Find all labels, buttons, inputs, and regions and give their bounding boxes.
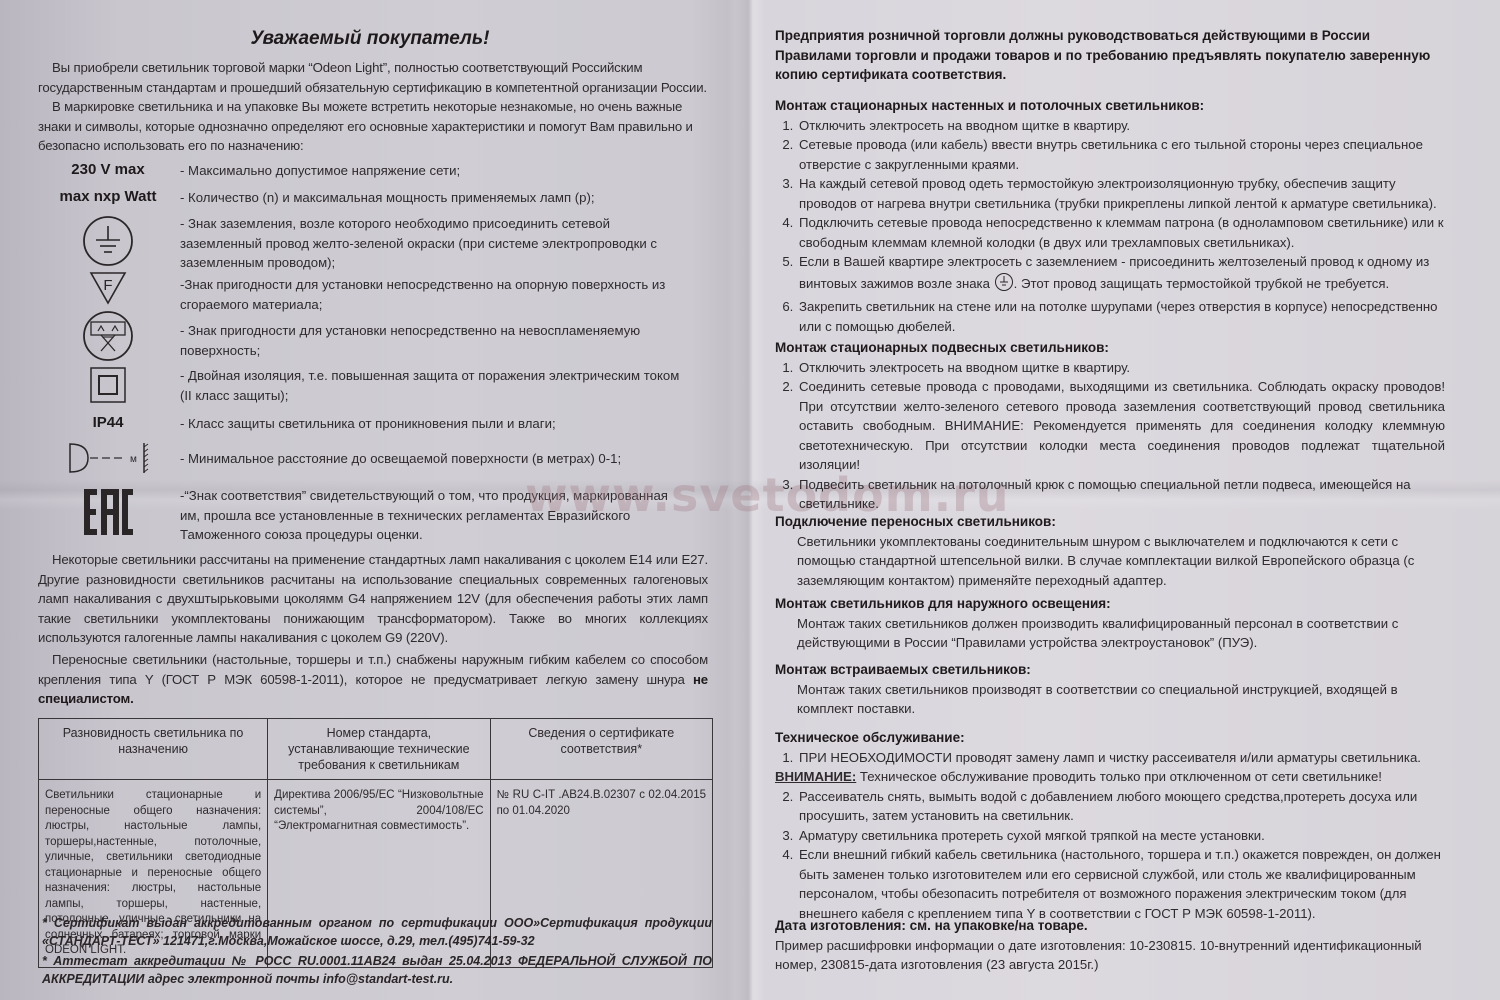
section-heading: Монтаж встраиваемых светильников: [775,660,1445,680]
list-item: Отключить электросеть на вводном щитке в… [797,116,1445,136]
section-heading: Монтаж стационарных подвесных светильник… [775,338,1445,358]
section-text: Светильники укомплектованы соединительны… [775,532,1445,591]
section-text: Монтаж таких светильников должен произво… [775,614,1445,653]
non-flammable-desc: - Знак пригодности для установки непосре… [180,321,690,360]
ip-rating-label: IP44 [38,414,178,431]
double-insulation-icon [38,366,178,404]
table-header: Номер стандарта, устанавливающие техниче… [268,719,490,780]
list-item: Подключить сетевые провода непосредствен… [797,213,1445,252]
voltage-label: 230 V max [38,161,178,178]
table-header: Разновидность светильника по назначению [39,719,268,780]
svg-text:F: F [103,277,112,294]
portable-paragraph: Переносные светильники (настольные, торш… [38,650,708,709]
list-item: Если в Вашей квартире электросеть с зазе… [797,252,1445,297]
table-header-row: Разновидность светильника по назначению … [39,719,713,780]
list-item: Арматуру светильника протереть сухой мяг… [797,826,1445,846]
step-text-tail: . Этот провод защищать термостойкой труб… [1014,276,1390,291]
list-item: Если внешний гибкий кабель светильника (… [797,845,1445,923]
intro-paragraph-2: В маркировке светильника и на упаковке В… [38,97,708,156]
intro-paragraph-1: Вы приобрели светильник торговой марки “… [38,58,708,97]
f-mark-icon: F [38,270,178,306]
ip-rating-desc: - Класс защиты светильника от проникнове… [180,414,690,434]
section-pendant: Монтаж стационарных подвесных светильник… [775,338,1445,514]
steps-list: Отключить электросеть на вводном щитке в… [775,116,1445,337]
section-heading: Техническое обслуживание: [775,728,1445,748]
power-label: max nxp Watt [38,188,178,205]
section-heading: Дата изготовления: см. на упаковке/на то… [775,916,1445,936]
steps-list: Отключить электросеть на вводном щитке в… [775,358,1445,514]
section-text: Пример расшифровки информации о дате изг… [775,936,1445,975]
meter-unit: м [130,454,137,465]
section-outdoor: Монтаж светильников для наружного освеще… [775,594,1445,653]
list-item: Сетевые провода (или кабель) ввести внут… [797,135,1445,174]
section-recessed: Монтаж встраиваемых светильников: Монтаж… [775,660,1445,719]
voltage-desc: - Максимально допустимое напряжение сети… [180,161,690,181]
f-mark-desc: -Знак пригодности для установки непосред… [180,275,690,314]
portable-text: Переносные светильники (настольные, торш… [38,652,708,687]
section-manufacture-date: Дата изготовления: см. на упаковке/на то… [775,916,1445,975]
page-title: Уважаемый покупатель! [0,28,740,50]
section-maintenance: Техническое обслуживание: ПРИ НЕОБХОДИМО… [775,728,1445,923]
list-item: Отключить электросеть на вводном щитке в… [797,358,1445,378]
list-item: Закрепить светильник на стене или на пот… [797,297,1445,336]
section-heading: Монтаж светильников для наружного освеще… [775,594,1445,614]
non-flammable-surface-icon [38,308,178,364]
section-wall-ceiling: Монтаж стационарных настенных и потолочн… [775,96,1445,336]
warning-text: Техническое обслуживание проводить тольк… [856,769,1382,784]
section-heading: Монтаж стационарных настенных и потолочн… [775,96,1445,116]
earth-ground-desc: - Знак заземления, возле которого необхо… [180,214,690,273]
list-item: Соединить сетевые провода с проводами, в… [797,377,1445,475]
list-item: Рассеиватель снять, вымыть водой с добав… [797,787,1445,826]
table-header: Сведения о сертификате соответствия* [490,719,712,780]
warning-label: ВНИМАНИЕ: [775,769,856,784]
min-distance-desc: - Минимальное расстояние до освещаемой п… [180,449,690,469]
list-item: ПРИ НЕОБХОДИМОСТИ проводят замену ламп и… [797,748,1445,768]
section-portable: Подключение переносных светильников: Све… [775,512,1445,590]
footnote-certificate: * Сертификат выдан аккредитованным орган… [42,914,712,950]
list-item: На каждый сетевой провод одеть термостой… [797,174,1445,213]
list-item: Подвесить светильник на потолочный крюк … [797,475,1445,514]
right-page: Предприятия розничной торговли должны ру… [765,0,1500,1000]
lamps-paragraph: Некоторые светильники рассчитаны на прим… [38,550,708,648]
maintenance-warning: ВНИМАНИЕ: Техническое обслуживание прово… [775,767,1445,787]
min-distance-icon: м [38,440,178,476]
eac-mark-icon [38,484,178,540]
steps-list: Рассеиватель снять, вымыть водой с добав… [775,787,1445,924]
footnote-accreditation: * Аттестат аккредитации № РОСС RU.0001.1… [42,952,712,988]
steps-list: ПРИ НЕОБХОДИМОСТИ проводят замену ламп и… [775,748,1445,768]
power-desc: - Количество (n) и максимальная мощность… [180,188,690,208]
section-text: Монтаж таких светильников производят в с… [775,680,1445,719]
earth-ground-icon [994,272,1014,298]
earth-ground-icon [38,213,178,269]
retail-notice: Предприятия розничной торговли должны ру… [775,26,1445,85]
double-insulation-desc: - Двойная изоляция, т.е. повышенная защи… [180,366,690,405]
section-heading: Подключение переносных светильников: [775,512,1445,532]
